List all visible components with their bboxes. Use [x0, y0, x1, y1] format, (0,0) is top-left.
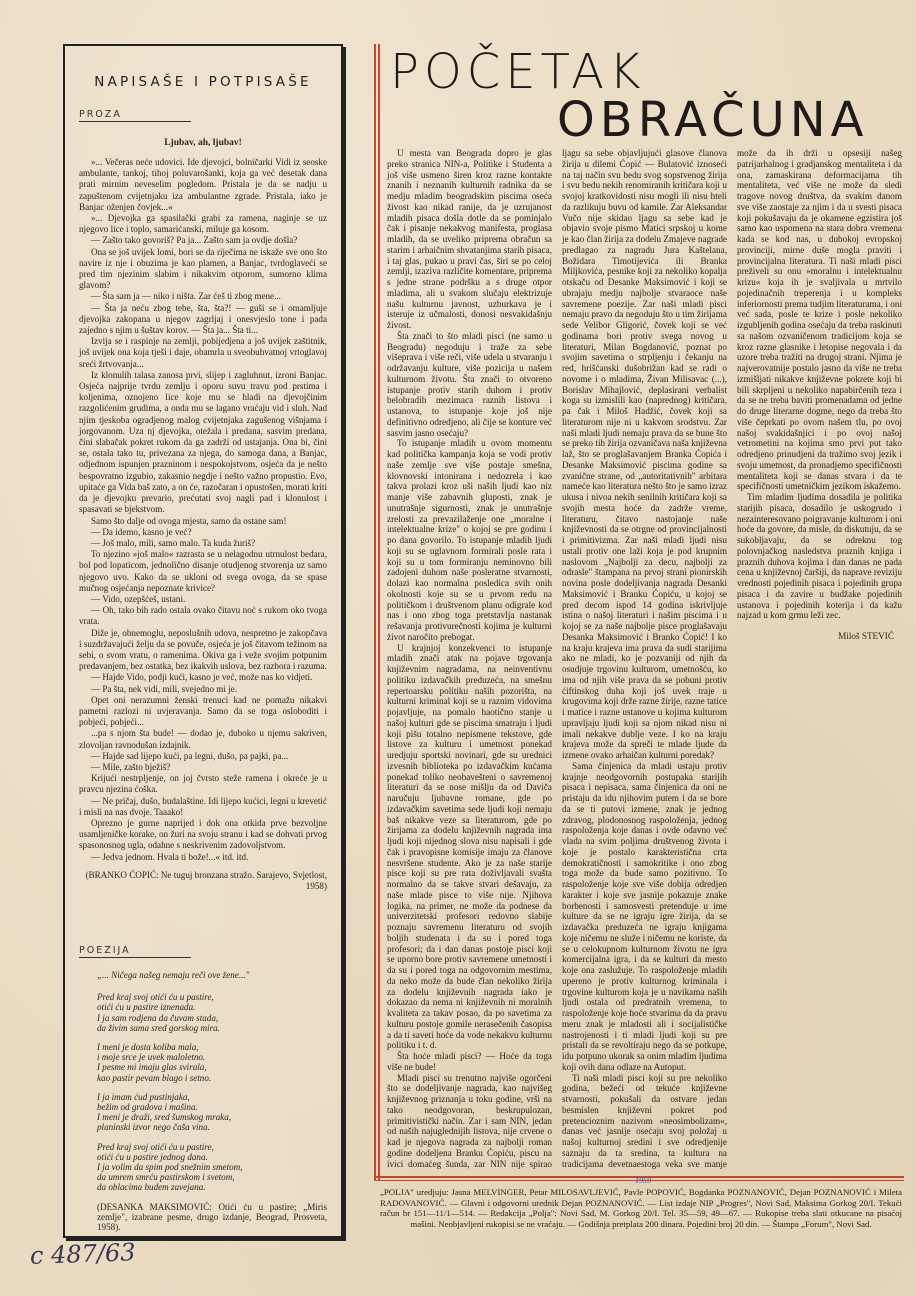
prose-paragraph: Izvija se i raspinje na zemlji, pobijedj…: [79, 336, 327, 370]
prose-paragraph: »... Djevojka ga spasilački grabi za ram…: [79, 213, 327, 235]
prose-paragraph: »... Večeras neće udovici. Ide djevojci,…: [79, 157, 327, 213]
red-vertical-rule: [374, 44, 380, 1180]
prose-paragraph: — Mile, zašto bježiš?: [79, 762, 327, 773]
prose-source-citation: (BRANKO ĆOPIĆ: Ne tuguj bronzana stražo.…: [79, 870, 327, 892]
left-column-title: NAPISAŠE I POTPISAŠE: [79, 74, 327, 90]
poem-line: I ja imam ćud pustinjaka,: [97, 1092, 327, 1102]
prose-paragraph: — Hajde sad lijepo kući, pa legni, dušo,…: [79, 751, 327, 762]
poem-line: Pred kraj svoj otići ću u pastire,: [97, 1142, 327, 1152]
article-paragraph: Sama činjenica da mladi ustaju protiv kr…: [562, 761, 727, 1073]
poem-line: bežim od gradova i mašina.: [97, 1102, 327, 1112]
headline-line-2: OBRAČUNA: [557, 92, 869, 148]
prose-paragraph: — Pa šta, nek vidi, mili, svejedno mi je…: [79, 684, 327, 695]
poem-stanza: Pred kraj svoj otići ću u pastire,otići …: [97, 992, 327, 1033]
poem-line: Pred kraj svoj otići ću u pastire,: [97, 992, 327, 1002]
prose-paragraph: — Hajde Vido, podji kući, kasno je već, …: [79, 672, 327, 683]
prose-section-label: PROZA: [79, 109, 191, 122]
poem-line: kao pastir pevam blago i setno.: [97, 1073, 327, 1083]
colophon-imprint: „POLJA" uredjuju: Jasna MELVINGER, Petar…: [380, 1187, 902, 1229]
prose-paragraph: — Šta ja neću zbog tebe, šta, šta?! — gu…: [79, 303, 327, 337]
poetry-section: POEZIJA „... Ničega našeg nemaju reči ov…: [79, 940, 327, 1232]
poem-body: Pred kraj svoj otići ću u pastire,otići …: [79, 992, 327, 1192]
prose-paragraph: Iz klonulih talasa zanosa prvi, slijep i…: [79, 370, 327, 516]
article-paragraph: U krajnjoj konzekvenci to istupanje mlad…: [387, 643, 552, 1052]
article-paragraphs: U mesta van Beograda dopro je glas preko…: [387, 148, 902, 1173]
poem-line: I meni je draži, sred šumskog mraka,: [97, 1112, 327, 1122]
poem-line: I ja sam rodjena da čuvam stada,: [97, 1013, 327, 1023]
left-boxed-column: NAPISAŠE I POTPISAŠE PROZA Ljubav, ah, l…: [63, 44, 343, 1238]
prose-paragraph: — Jedva jednom. Hvala ti bože!...« itd. …: [79, 852, 327, 863]
prose-paragraph: — Vido, ozepšćeš, ustani.: [79, 594, 327, 605]
prose-section: PROZA Ljubav, ah, ljubav! »... Večeras n…: [79, 104, 327, 892]
poem-source-citation: (DESANKA MAKSIMOVIĆ: Otići ću u pastire;…: [97, 1202, 327, 1233]
article-paragraph: Tim mladim ljudima dosadila je politika …: [737, 492, 902, 621]
poem-line: i moje srce je uvek maloletno.: [97, 1052, 327, 1062]
poem-line: I meni je dosta koliba mala,: [97, 1042, 327, 1052]
handwritten-archive-note: c 487/63: [30, 1238, 136, 1270]
poem-line: otići ću u pastire jednog dana.: [97, 1152, 327, 1162]
poem-line: otići ću u pastire iznenada.: [97, 1002, 327, 1012]
story-title: Ljubav, ah, ljubav!: [79, 138, 327, 148]
prose-paragraph: Ona se još uvijek lomi, bori se da riječ…: [79, 247, 327, 292]
prose-paragraph: — Još malo, mili, samo malo. Ta kuda žur…: [79, 538, 327, 549]
poem-line: da umrem smrću pastirskom i svetom,: [97, 1172, 327, 1182]
prose-paragraph: — Oh, tako bih rado ostala ovako čitavu …: [79, 605, 327, 627]
prose-paragraph: — Zašto tako govoriš? Pa ja... Zašto sam…: [79, 235, 327, 246]
poem-line: I pesme mi imaju glas svirala,: [97, 1062, 327, 1072]
poetry-section-label: POEZIJA: [79, 945, 191, 958]
prose-paragraph: — Šta sam ja — niko i ništa. Zar ćeš ti …: [79, 291, 327, 302]
poem-epigraph: „... Ničega našeg nemaju reči ove žene..…: [97, 970, 327, 980]
prose-paragraph: Samo što dalje od ovoga mjesta, samo da …: [79, 516, 327, 527]
article-paragraph: To istupanje mladih u ovom momentu kad p…: [387, 438, 552, 642]
poem-line: da živim sama sred gorskog mira.: [97, 1023, 327, 1033]
poem-line: planinski izvor nego čaša vina.: [97, 1122, 327, 1132]
article-author: Miloš STEVIĆ: [737, 631, 902, 641]
prose-paragraph: Diže je, obnemoglu, neposlušnih udova, n…: [79, 628, 327, 673]
prose-excerpt: »... Večeras neće udovici. Ide djevojci,…: [79, 157, 327, 863]
prose-paragraph: To njezino »još malo« razrasta se u nela…: [79, 549, 327, 594]
prose-paragraph: Opet oni nerazumni ženski trenuci kad ne…: [79, 695, 327, 729]
poem-line: I ja volim da spim pod snežnim smetom,: [97, 1162, 327, 1172]
prose-paragraph: Oprezno je gurne naprijed i dok ona otki…: [79, 818, 327, 852]
archive-stamp: 1959: [635, 1176, 651, 1185]
poem-stanza: Pred kraj svoj otići ću u pastire,otići …: [97, 1142, 327, 1193]
article-paragraph: Šta hoće mladi pisci? — Hoće da toga viš…: [387, 1051, 552, 1073]
article-paragraph: U mesta van Beograda dopro je glas preko…: [387, 148, 552, 331]
poem-line: da oblacima budem zavejana.: [97, 1182, 327, 1192]
poem-stanza: I meni je dosta koliba mala,i moje srce …: [97, 1042, 327, 1083]
article-body: U mesta van Beograda dopro je glas preko…: [387, 148, 902, 1173]
prose-paragraph: Krijući nestrpljenje, on joj čvrsto stež…: [79, 773, 327, 795]
prose-paragraph: — Ne pričaj, dušo, budalaštine. Idi lije…: [79, 796, 327, 818]
poem-stanza: I ja imam ćud pustinjaka,bežim od gradov…: [97, 1092, 327, 1133]
prose-paragraph: — Da idemo, kasno je već?: [79, 527, 327, 538]
article-paragraph: Šta znači to što mladi pisci (ne samo u …: [387, 331, 552, 439]
prose-paragraph: ...pa s njom šta bude! — dodao je, dubok…: [79, 728, 327, 750]
